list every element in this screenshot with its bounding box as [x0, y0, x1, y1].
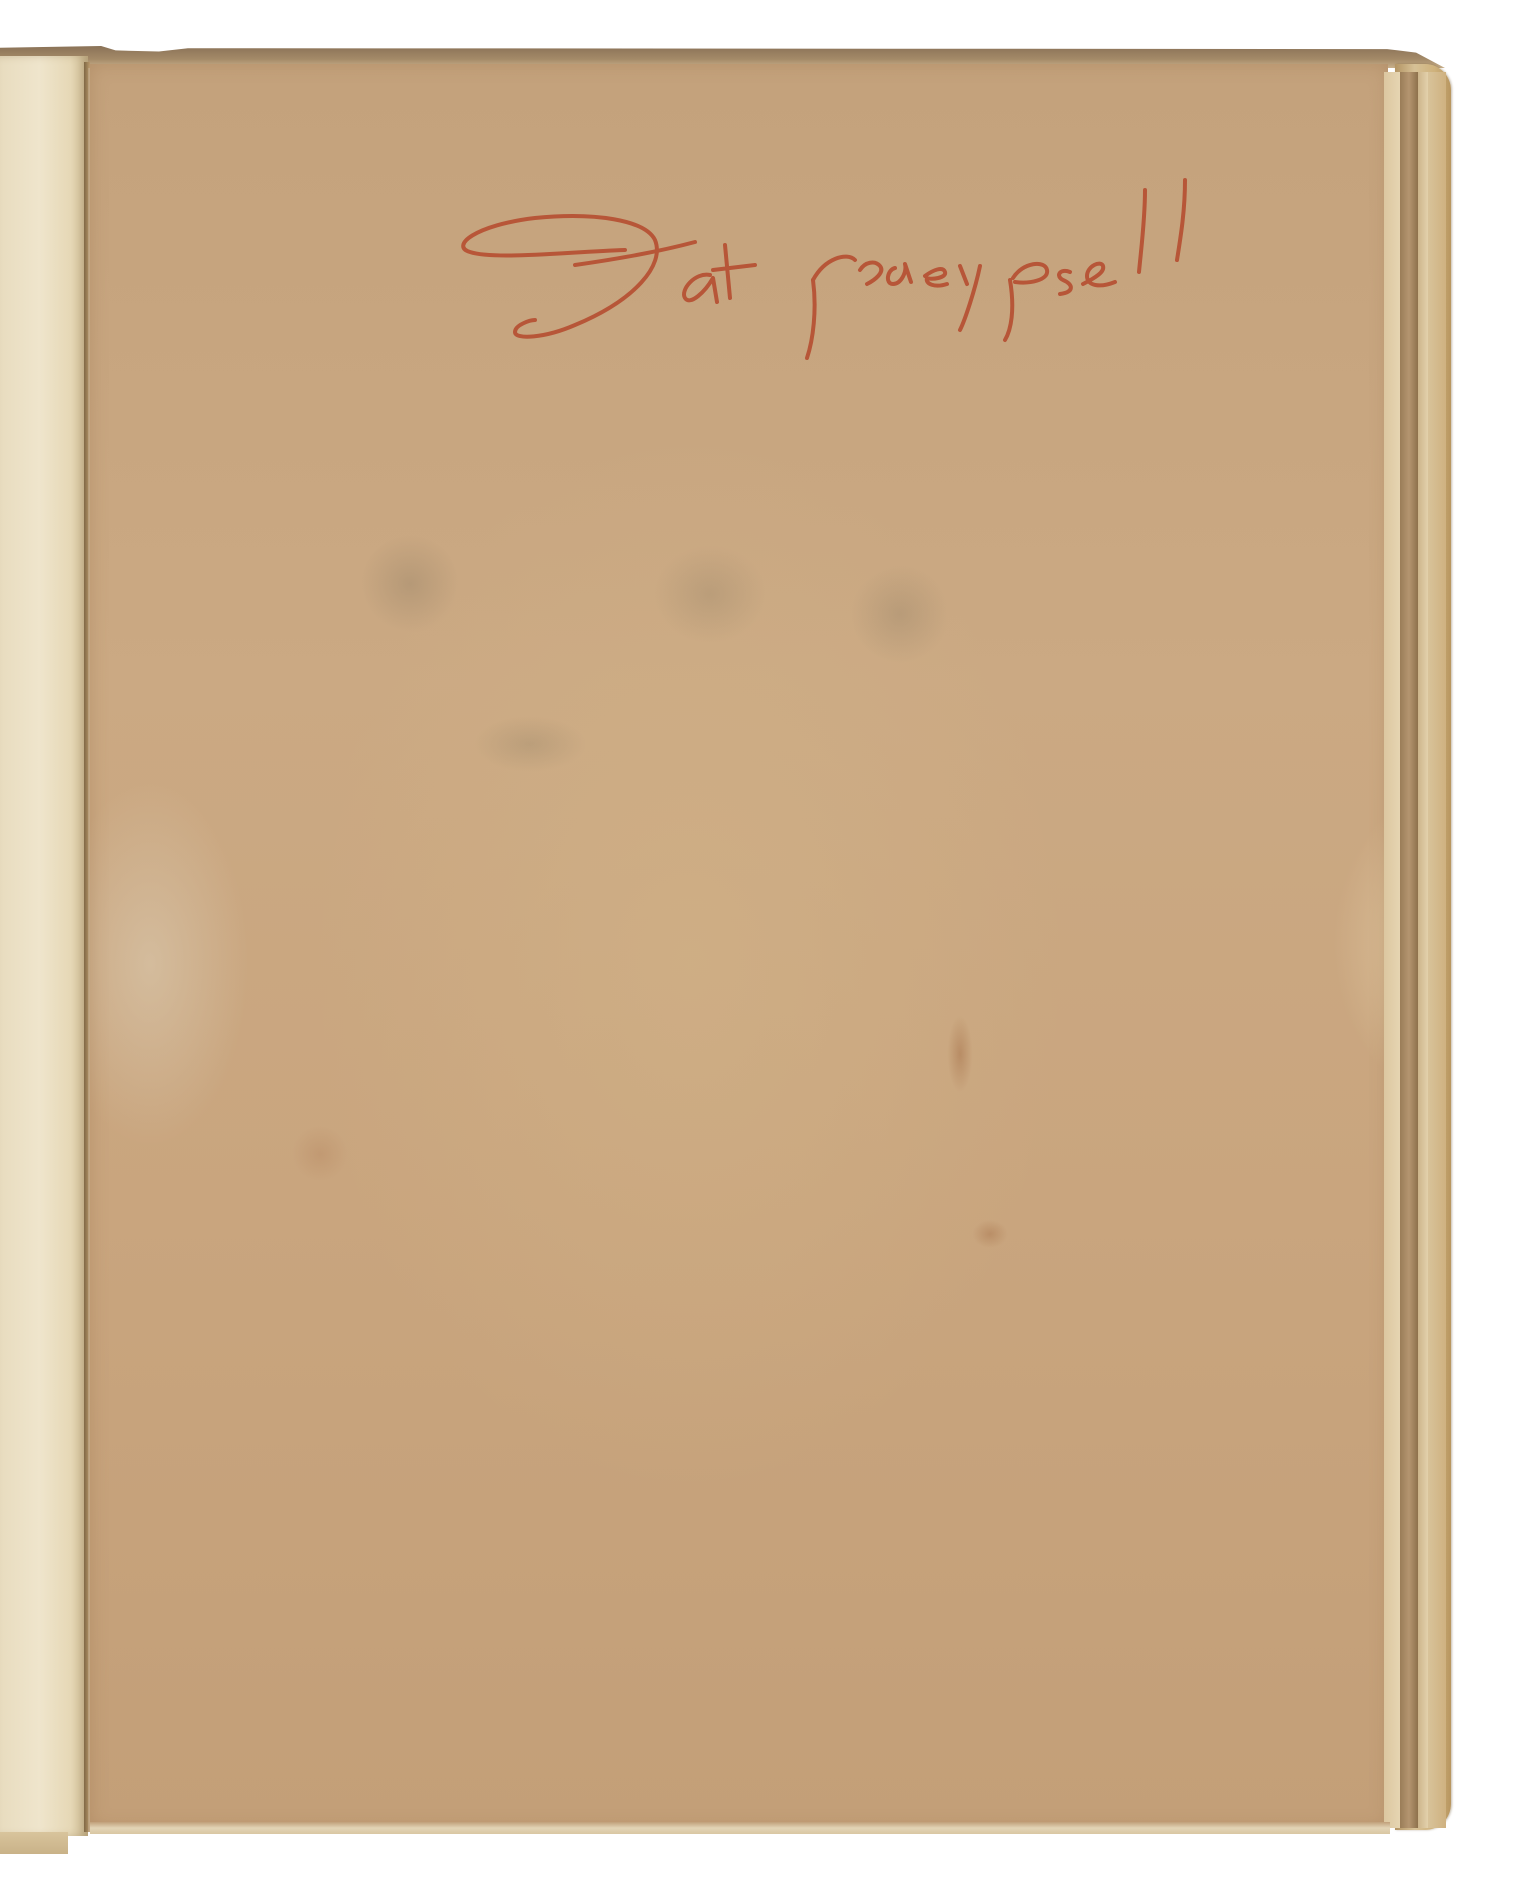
left-page-verso: [0, 56, 88, 1836]
fore-edge-layer: [1428, 72, 1446, 1828]
book-photograph: Dat praeypsell: [0, 0, 1514, 1890]
left-page-foot: [0, 1832, 68, 1854]
fore-edge-layer: [1400, 72, 1418, 1828]
handwritten-inscription: Dat praeypsell: [455, 180, 1245, 380]
fore-edge-layer: [1418, 72, 1428, 1828]
inscription-strokes: [455, 180, 1245, 380]
page-foot-edge: [90, 1822, 1390, 1834]
gutter-shadow: [84, 62, 90, 1832]
fore-edge-layer: [1384, 72, 1400, 1828]
